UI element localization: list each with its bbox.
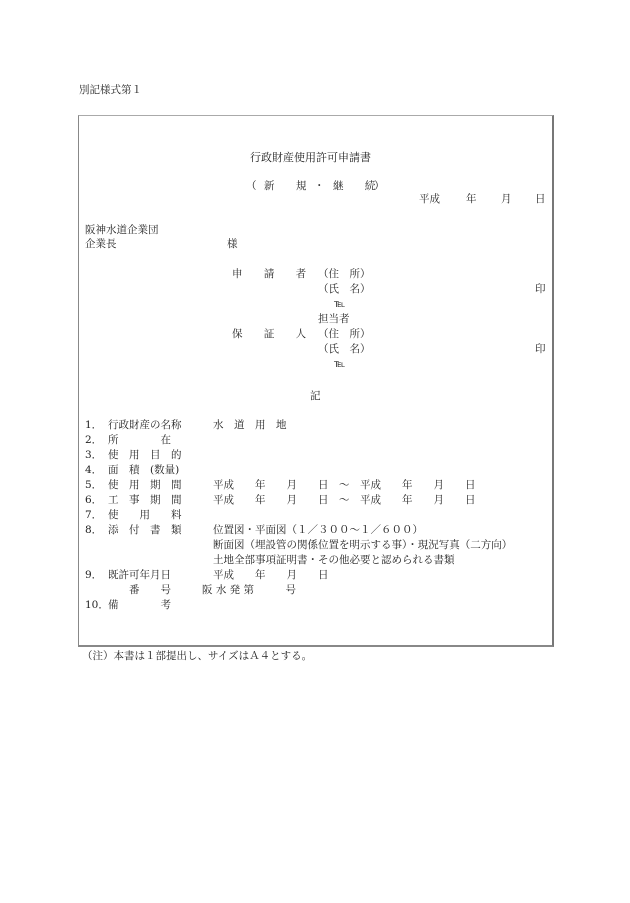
item-number: 6． [85,494,102,507]
item-number: 7． [85,509,102,522]
item-label: 既許可年月日 [108,569,171,582]
item-label: 備 考 [108,599,171,612]
contact-person-label: 担当者 [318,313,350,326]
guarantor-label: 保 証 人 [232,328,315,341]
item-value: 水 道 用 地 [213,419,287,432]
item-label: 行政財産の名称 [108,419,182,432]
item-number: 9． [85,569,102,582]
item-number: 5． [85,479,102,492]
addressee-honorific: 様 [227,238,238,251]
date-day: 日 [535,193,546,206]
guarantor-address-label: （住 所） [318,328,371,341]
ki-heading: 記 [310,390,321,403]
applicant-label: 申 請 者 [232,268,315,281]
applicant-name-label: （氏 名） [318,283,371,296]
item-label: 所 在 [108,434,171,447]
option-new: 新 規 [264,180,315,193]
item-value: 位置図・平面図（１／３００～１／６００） [213,524,423,537]
item-label: 使 用 期 間 [108,479,182,492]
addressee-title: 企業長 [85,238,117,251]
form-number: 別記様式第１ [79,84,142,97]
item-value: 平成 年 月 日 ～ 平成 年 月 日 [213,479,476,492]
application-form-box [78,115,554,647]
item-value: 平成 年 月 日 ～ 平成 年 月 日 [213,494,476,507]
guarantor-name-label: （氏 名） [318,343,371,356]
item-number: 1． [85,419,102,432]
item-value: 平成 年 月 日 [213,569,329,582]
guarantor-tel-icon: ℡ [334,358,345,371]
item-label: 添 付 書 類 [108,524,182,537]
item-number: 8． [85,524,102,537]
item-value: 土地全部事項証明書・その他必要と認められる書類 [213,554,455,567]
item-value: 阪 水 発 第 号 [202,584,296,597]
item-label: 工 事 期 間 [108,494,182,507]
date-era: 平成 [419,193,440,206]
paren-close: ） [374,180,385,193]
footnote: （注）本書は１部提出し、サイズはＡ４とする。 [82,650,312,663]
applicant-seal: 印 [535,283,546,296]
separator-dot: ・ [314,180,325,193]
form-title: 行政財産使用許可申請書 [250,151,371,164]
item-number: 3． [85,449,102,462]
item-number: 10． [85,599,109,612]
item-number: 2． [85,434,102,447]
item-number: 4． [85,464,102,477]
date-year: 年 [466,193,477,206]
guarantor-seal: 印 [535,343,546,356]
date-month: 月 [501,193,512,206]
item-label: 使 用 料 [108,509,182,522]
applicant-tel-icon: ℡ [334,298,345,311]
item-value: 断面図（埋設管の関係位置を明示する事）・現況写真（二方向） [213,539,512,552]
applicant-address-label: （住 所） [318,268,371,281]
addressee-org: 阪神水道企業団 [85,224,159,237]
item-label: 番 号 [108,584,171,597]
paren-open: （ [246,180,257,193]
item-label: 面 積 (数量) [108,464,179,477]
item-label: 使 用 目 的 [108,449,182,462]
